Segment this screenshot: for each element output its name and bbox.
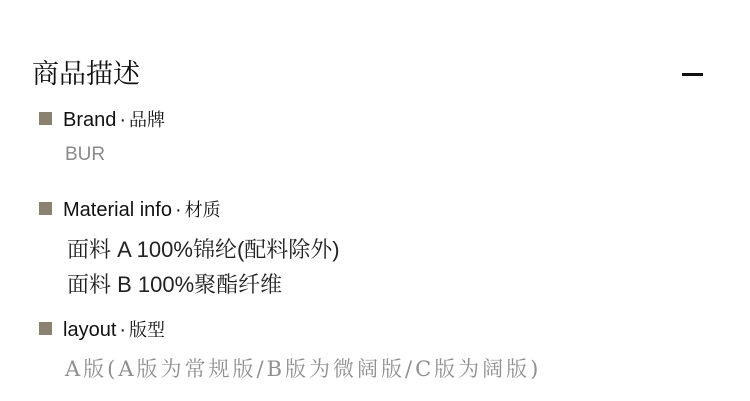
separator-dot: · xyxy=(119,319,126,341)
brand-label-cn: 品牌 xyxy=(129,110,165,130)
layout-value: A版(A版为常规版/B版为微阔版/C版为阔版) xyxy=(65,353,541,383)
layout-label: layout·版型 xyxy=(63,316,165,342)
layout-label-en: layout xyxy=(63,319,116,341)
separator-dot: · xyxy=(175,199,182,221)
material-label-cn: 材质 xyxy=(185,200,221,220)
bullet-square-icon xyxy=(39,202,52,215)
bullet-square-icon xyxy=(39,112,52,125)
material-label-en: Material info xyxy=(63,199,172,221)
separator-dot: · xyxy=(119,109,126,131)
brand-label-en: Brand xyxy=(63,109,116,131)
brand-label: Brand·品牌 xyxy=(63,106,165,132)
bullet-square-icon xyxy=(39,322,52,335)
material-label: Material info·材质 xyxy=(63,196,221,222)
brand-value: BUR xyxy=(65,144,105,166)
collapse-minus-icon[interactable] xyxy=(682,73,703,76)
material-value-a: 面料 A 100%锦纶(配料除外) xyxy=(67,233,340,264)
layout-label-cn: 版型 xyxy=(129,320,165,340)
material-value-b: 面料 B 100%聚酯纤维 xyxy=(67,268,282,299)
section-title: 商品描述 xyxy=(32,52,140,91)
